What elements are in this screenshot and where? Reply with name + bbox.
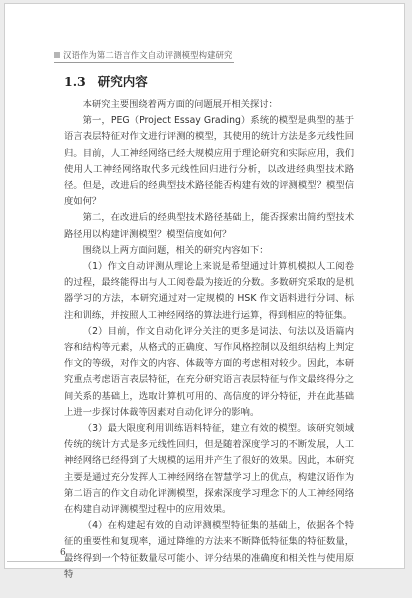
document-page: 汉语作为第二语言作文自动评测模型构建研究 1.3研究内容 本研究主要围绕着两方面… [4, 3, 405, 569]
paragraph-intro: 本研究主要围绕着两方面的问题展开相关探讨： [64, 97, 354, 113]
section-number: 1.3 [64, 74, 86, 89]
paragraph-item-2: （2）目前，作文自动化评分关注的更多是词法、句法以及语篇内容和结构等元素，从格式… [64, 324, 354, 421]
paragraph-question-1: 第一，PEG（Project Essay Grading）系统的模型是典型的基于… [64, 113, 354, 210]
paragraph-question-2: 第二，在改进后的经典型技术路径基础上，能否探索出简约型技术路径用以构建评测模型？… [64, 210, 354, 242]
paragraph-item-4: （4）在构建起有效的自动评测模型特征集的基础上，依据各个特征的重要性和复现率，通… [64, 518, 354, 583]
section-title: 研究内容 [98, 74, 148, 89]
header-square-icon [54, 52, 60, 58]
footer-rule [7, 561, 71, 562]
running-header: 汉语作为第二语言作文自动评测模型构建研究 [54, 48, 234, 63]
paragraph-item-1: （1）作文自动评测从理论上来说是希望通过计算机模拟人工阅卷的过程，最终能得出与人… [64, 259, 354, 324]
page-number: 6 [60, 548, 66, 558]
paragraph-content-intro: 围绕以上两方面问题，相关的研究内容如下： [64, 243, 354, 259]
paragraph-item-3: （3）最大限度利用训练语料特征，建立有效的模型。该研究领域传统的统计方式是多元线… [64, 421, 354, 518]
running-header-title: 汉语作为第二语言作文自动评测模型构建研究 [63, 49, 233, 61]
body-text: 本研究主要围绕着两方面的问题展开相关探讨： 第一，PEG（Project Ess… [64, 97, 354, 583]
section-heading: 1.3研究内容 [64, 72, 148, 90]
